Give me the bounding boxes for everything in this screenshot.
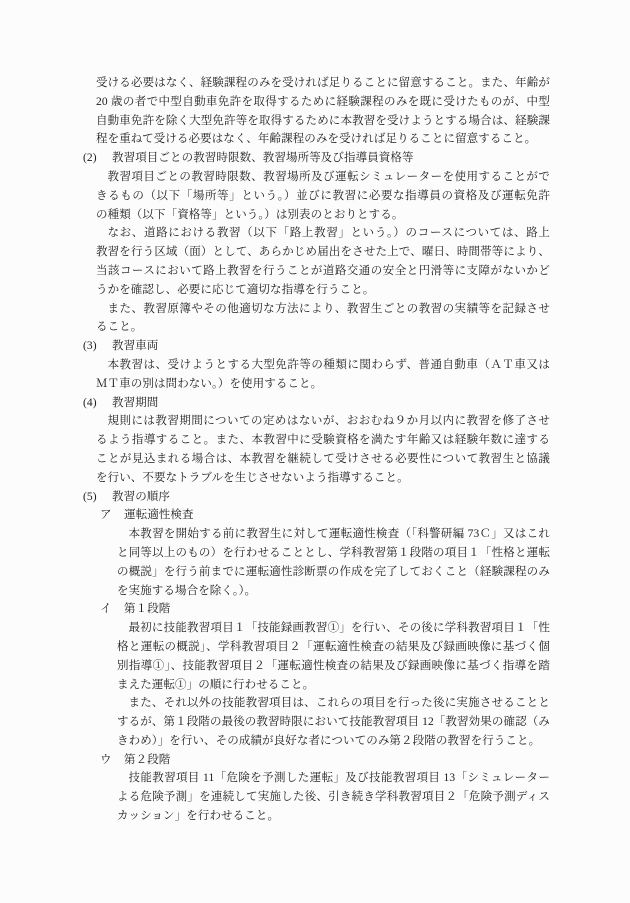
line-text: 教習項目ごとの教習時限数、教習場所等及び指導員資格等 (112, 152, 414, 164)
paragraph-line: ること。 (96, 318, 550, 337)
line-text: 規則には教習期間についての定めはないが、おおむね９か月以内に教習を修了させ (108, 415, 551, 427)
line-text: カッション」を行わせること。 (117, 810, 279, 822)
paragraph-line: 規則には教習期間についての定めはないが、おおむね９か月以内に教習を修了させ (96, 412, 550, 431)
paragraph-line: まえた運転①」の順に行わせること。 (117, 676, 550, 695)
line-text: 第１段階 (124, 603, 170, 615)
paragraph-line: よる危険予測」を連続して実施した後、引き続き学科教習項目２「危険予測ディス (117, 788, 550, 807)
line-text: 受ける必要はなく、経験課程のみを受ければ足りることに留意すること。また、年齢が (96, 77, 550, 89)
line-text: の概説」を行う前までに運転適性診断票の作成を完了しておくこと（経験課程のみ (117, 566, 550, 578)
item-marker: (4) (83, 394, 112, 413)
paragraph-line: るよう指導すること。また、本教習中に受験資格を満たす年齢又は経験年数に達する (96, 431, 550, 450)
line-text: 別指導①」、技能教習項目２「運転適性検査の結果及び録画映像に基づく指導を踏 (117, 660, 550, 672)
line-text: 格と運転の概説」、学科教習項目２「運転適性検査の結果及び録画映像に基づく個 (117, 641, 550, 653)
paragraph-line: また、それ以外の技能教習項目は、これらの項目を行った後に実施させることと (117, 694, 550, 713)
sub-item-heading: ア運転適性検査 (100, 506, 550, 525)
line-text: ことが見込まれる場合は、本教習を継続して受けさせる必要性について教習生と協議 (96, 453, 550, 465)
paragraph-line: するが、第１段階の最後の教習時限において技能教習項目 12「教習効果の確認（み (117, 713, 550, 732)
line-text: また、教習原簿やその他適切な方法により、教習生ごとの教習の実績等を記録させ (108, 303, 551, 315)
numbered-item-heading: (3)教習車両 (83, 337, 550, 356)
paragraph-line: 程を重ねて受ける必要はなく、年齢課程のみを受ければ足りることに留意すること。 (96, 130, 550, 149)
line-text: 教習項目ごとの教習時限数、教習場所及び運転シミュレーターを使用することがで (108, 171, 551, 183)
line-text: 最初に技能教習項目１「技能録画教習①」を行い、その後に学科教習項目１「性 (129, 622, 551, 634)
paragraph-line: 格と運転の概説」、学科教習項目２「運転適性検査の結果及び録画映像に基づく個 (117, 638, 550, 657)
paragraph-line: を実施する場合を除く。）。 (117, 582, 550, 601)
line-text: の種類（以下「資格等」という。）は別表のとおりとする。 (96, 209, 403, 221)
sub-item-heading: ウ第２段階 (100, 751, 550, 770)
numbered-item-heading: (2)教習項目ごとの教習時限数、教習場所等及び指導員資格等 (83, 149, 550, 168)
paragraph-line: を行い、不要なトラブルを生じさせないよう指導すること。 (96, 469, 550, 488)
line-text: 技能教習項目 11「危険を予測した運転」及び技能教習項目 13「シミュレーターに (117, 772, 550, 788)
paragraph-line: 教習項目ごとの教習時限数、教習場所及び運転シミュレーターを使用することがで (96, 168, 550, 187)
line-text: 自動車免許を除く大型免許等を取得するために本教習を受けようとする場合は、経験課 (96, 115, 550, 127)
sub-item-heading: イ第１段階 (100, 600, 550, 619)
paragraph-line: 最初に技能教習項目１「技能録画教習①」を行い、その後に学科教習項目１「性 (117, 619, 550, 638)
line-text: を行い、不要なトラブルを生じさせないよう指導すること。 (96, 472, 409, 484)
paragraph-line: の概説」を行う前までに運転適性診断票の作成を完了しておくこと（経験課程のみ (117, 563, 550, 582)
line-text: 運転適性検査 (124, 509, 194, 521)
document-body: 受ける必要はなく、経験課程のみを受ければ足りることに留意すること。また、年齢が2… (0, 74, 630, 826)
paragraph-line: きるもの（以下「場所等」という。）並びに教習に必要な指導員の資格及び運転免許 (96, 187, 550, 206)
document-page: 受ける必要はなく、経験課程のみを受ければ足りることに留意すること。また、年齢が2… (0, 0, 630, 903)
paragraph-line: うかを確認し、必要に応じて適切な指導を行うこと。 (96, 281, 550, 300)
line-text: 20 歳の者で中型自動車免許を取得するために経験課程のみを既に受けたものが、中型 (96, 96, 550, 108)
paragraph-line: と同等以上のもの）を行わせることとし、学科教習第１段階の項目１「性格と運転 (117, 544, 550, 563)
paragraph-line: 教習を行う区域（面）として、あらかじめ届出をさせた上で、曜日、時間帯等により、 (96, 243, 550, 262)
paragraph-line: 別指導①」、技能教習項目２「運転適性検査の結果及び録画映像に基づく指導を踏 (117, 657, 550, 676)
paragraph-line: きわめ）」を行い、その成績が良好な者についてのみ第２段階の教習を行うこと。 (117, 732, 550, 751)
item-marker: ア (100, 506, 124, 525)
line-text: 第２段階 (124, 754, 170, 766)
paragraph-line: 技能教習項目 11「危険を予測した運転」及び技能教習項目 13「シミュレーターに (117, 769, 550, 788)
line-text: 本教習を開始する前に教習生に対して運転適性検査（「科警研編 73Ｃ」又はこれ (129, 528, 551, 540)
line-text: を実施する場合を除く。）。 (117, 585, 256, 597)
paragraph-line: 本教習を開始する前に教習生に対して運転適性検査（「科警研編 73Ｃ」又はこれ (117, 525, 550, 544)
line-text: 教習期間 (112, 397, 158, 409)
paragraph-line: カッション」を行わせること。 (117, 807, 550, 826)
line-text: ること。 (96, 321, 142, 333)
line-text: よる危険予測」を連続して実施した後、引き続き学科教習項目２「危険予測ディス (117, 791, 550, 803)
line-text: きるもの（以下「場所等」という。）並びに教習に必要な指導員の資格及び運転免許 (96, 190, 550, 202)
line-text: るよう指導すること。また、本教習中に受験資格を満たす年齢又は経験年数に達する (96, 434, 550, 446)
line-text: と同等以上のもの）を行わせることとし、学科教習第１段階の項目１「性格と運転 (117, 547, 550, 559)
line-text: ＭＴ車の別は問わない。）を使用すること。 (96, 378, 322, 390)
paragraph-line: 本教習は、受けようとする大型免許等の種類に関わらず、普通自動車（ＡＴ車又は (96, 356, 550, 375)
paragraph-line: 当該コースにおいて路上教習を行うことが道路交通の安全と円滑等に支障がないかど (96, 262, 550, 281)
paragraph-line: ことが見込まれる場合は、本教習を継続して受けさせる必要性について教習生と協議 (96, 450, 550, 469)
line-text: 教習の順序 (112, 491, 170, 503)
item-marker: イ (100, 600, 124, 619)
line-text: うかを確認し、必要に応じて適切な指導を行うこと。 (96, 284, 374, 296)
item-marker: (3) (83, 337, 112, 356)
numbered-item-heading: (4)教習期間 (83, 394, 550, 413)
line-text: まえた運転①」の順に行わせること。 (117, 679, 314, 691)
line-text: 程を重ねて受ける必要はなく、年齢課程のみを受ければ足りることに留意すること。 (96, 133, 536, 145)
line-text: きわめ）」を行い、その成績が良好な者についてのみ第２段階の教習を行うこと。 (117, 735, 540, 747)
paragraph-line: ＭＴ車の別は問わない。）を使用すること。 (96, 375, 550, 394)
line-text: なお、道路における教習（以下「路上教習」という。）のコースについては、路上 (108, 227, 551, 239)
item-marker: (2) (83, 149, 112, 168)
line-text: また、それ以外の技能教習項目は、これらの項目を行った後に実施させることと (129, 697, 551, 709)
paragraph-line: 受ける必要はなく、経験課程のみを受ければ足りることに留意すること。また、年齢が (96, 74, 550, 93)
numbered-item-heading: (5)教習の順序 (83, 488, 550, 507)
line-text: 当該コースにおいて路上教習を行うことが道路交通の安全と円滑等に支障がないかど (96, 265, 550, 277)
item-marker: (5) (83, 488, 112, 507)
line-text: するが、第１段階の最後の教習時限において技能教習項目 12「教習効果の確認（み (117, 716, 550, 728)
paragraph-line: また、教習原簿やその他適切な方法により、教習生ごとの教習の実績等を記録させ (96, 300, 550, 319)
paragraph-line: の種類（以下「資格等」という。）は別表のとおりとする。 (96, 206, 550, 225)
paragraph-line: 20 歳の者で中型自動車免許を取得するために経験課程のみを既に受けたものが、中型 (96, 93, 550, 112)
item-marker: ウ (100, 751, 124, 770)
line-text: 教習を行う区域（面）として、あらかじめ届出をさせた上で、曜日、時間帯等により、 (96, 246, 550, 258)
line-text: 教習車両 (112, 340, 158, 352)
paragraph-line: なお、道路における教習（以下「路上教習」という。）のコースについては、路上 (96, 224, 550, 243)
line-text: 本教習は、受けようとする大型免許等の種類に関わらず、普通自動車（ＡＴ車又は (108, 359, 551, 371)
paragraph-line: 自動車免許を除く大型免許等を取得するために本教習を受けようとする場合は、経験課 (96, 112, 550, 131)
